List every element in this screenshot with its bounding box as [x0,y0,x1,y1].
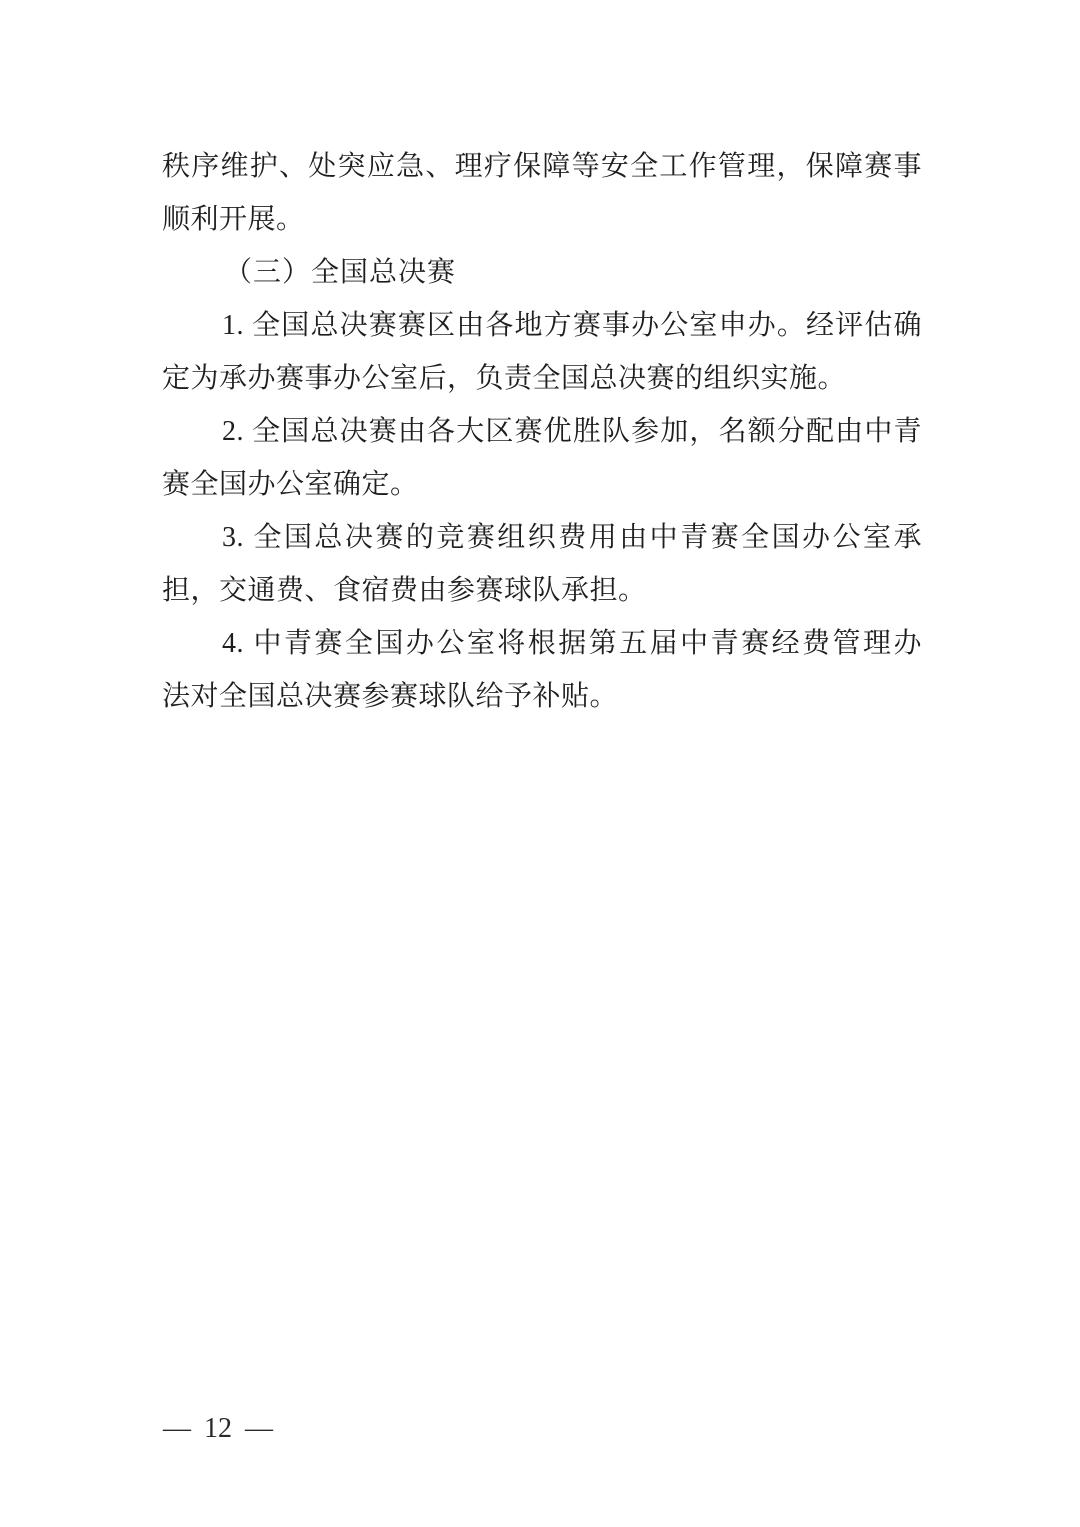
body-line: 顺利开展。 [162,193,922,246]
body-line: 4. 中青赛全国办公室将根据第五届中青赛经费管理办 [162,617,922,670]
body-line: 定为承办赛事办公室后，负责全国总决赛的组织实施。 [162,352,922,405]
document-body: 秩序维护、处突应急、理疗保障等安全工作管理，保障赛事 顺利开展。 （三）全国总决… [162,140,922,723]
footer-dash-right: — [245,1412,273,1446]
footer-dash-left: — [163,1412,191,1446]
body-line: 秩序维护、处突应急、理疗保障等安全工作管理，保障赛事 [162,140,922,193]
page-footer: — 12 — [163,1412,273,1446]
section-heading: （三）全国总决赛 [162,246,922,299]
page-number: 12 [204,1412,232,1446]
body-line: 赛全国办公室确定。 [162,458,922,511]
body-line: 3. 全国总决赛的竞赛组织费用由中青赛全国办公室承 [162,511,922,564]
body-line: 2. 全国总决赛由各大区赛优胜队参加，名额分配由中青 [162,405,922,458]
body-line: 担，交通费、食宿费由参赛球队承担。 [162,564,922,617]
body-line: 法对全国总决赛参赛球队给予补贴。 [162,670,922,723]
document-page: 秩序维护、处突应急、理疗保障等安全工作管理，保障赛事 顺利开展。 （三）全国总决… [0,0,1080,1527]
body-line: 1. 全国总决赛赛区由各地方赛事办公室申办。经评估确 [162,299,922,352]
